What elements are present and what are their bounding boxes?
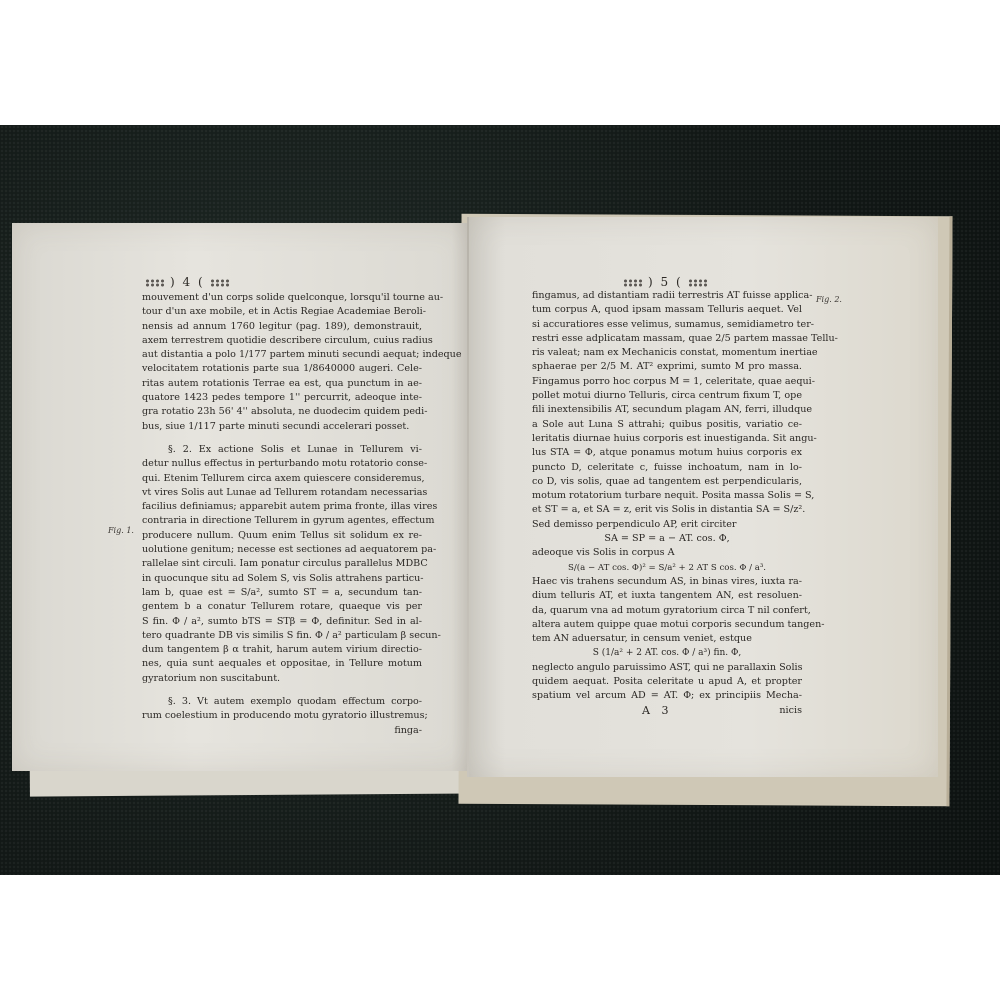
right-running-header: ) 5 (	[618, 275, 713, 289]
text-line: facilius definiamus; apparebit autem pri…	[142, 500, 422, 514]
left-catchword: finga-	[142, 724, 422, 738]
left-figure-reference: Fig. 1.	[108, 526, 134, 535]
text-line: ris valeat; nam ex Mechanicis constat, m…	[532, 346, 802, 360]
text-line: fingamus, ad distantiam radii terrestris…	[532, 289, 802, 303]
text-line: detur nullus effectus in perturbando mot…	[142, 457, 422, 471]
text-line: dium telluris AT, et iuxta tangentem AN,…	[532, 589, 802, 603]
text-line: altera autem quippe quae motui corporis …	[532, 618, 802, 632]
text-line: Fingamus porro hoc corpus M = 1, celerit…	[532, 375, 802, 389]
text-line: pollet motui diurno Telluris, circa cent…	[532, 389, 802, 403]
text-line: lus STA = Φ, atque ponamus motum huius c…	[532, 446, 802, 460]
right-paragraph-2: Haec vis trahens secundum AS, in binas v…	[532, 575, 802, 646]
text-line: leritatis diurnae huius corporis est inu…	[532, 432, 802, 446]
text-line: da, quarum vna ad motum gyratorium circa…	[532, 604, 802, 618]
ornament-icon	[210, 279, 230, 287]
text-line: gentem b a conatur Tellurem rotare, quae…	[142, 600, 422, 614]
equation-3: S (1/a² + 2 AT. cos. Φ / a³) fin. Φ,	[532, 646, 802, 660]
text-line: sphaerae per 2/5 M. AT² exprimi, sumto M…	[532, 360, 802, 374]
text-line: vt vires Solis aut Lunae ad Tellurem rot…	[142, 486, 422, 500]
text-line: producere nullum. Quum enim Tellus sit s…	[142, 529, 422, 543]
left-page: ) 4 ( mouvement d'un corps solide quelco…	[12, 223, 470, 771]
equation-2: S/(a − AT cos. Φ)² = S/a² + 2 AT S cos. …	[532, 561, 802, 575]
left-body-text: mouvement d'un corps solide quelconque, …	[142, 291, 422, 738]
text-line: rallelae sint circuli. Iam ponatur circu…	[142, 557, 422, 571]
text-line: tum corpus A, quod ipsam massam Telluris…	[532, 303, 802, 317]
text-line: mouvement d'un corps solide quelconque, …	[142, 291, 422, 305]
right-figure-reference: Fig. 2.	[816, 295, 842, 304]
text-line: si accuratiores esse velimus, sumamus, s…	[532, 318, 802, 332]
text-line: quatore 1423 pedes tempore 1'' percurrit…	[142, 391, 422, 405]
ornament-icon	[688, 279, 708, 287]
text-line: tem AN aduersatur, in censum veniet, est…	[532, 632, 802, 646]
text-line: a Sole aut Luna S attrahi; quibus positi…	[532, 418, 802, 432]
left-section-3: §. 3. Vt autem exemplo quodam effectum c…	[142, 695, 422, 724]
text-line: uolutione genitum; necesse est sectiones…	[142, 543, 422, 557]
text-line: puncto D, celeritate c, fuisse inchoatum…	[532, 461, 802, 475]
text-line: nensis ad annum 1760 legitur (pag. 189),…	[142, 320, 422, 334]
text-line: velocitatem rotationis parte sua 1/86400…	[142, 362, 422, 376]
text-line: gyratorium non suscitabunt.	[142, 672, 422, 686]
photograph: ) 4 ( mouvement d'un corps solide quelco…	[0, 125, 1000, 875]
text-line: in quocunque situ ad Solem S, vis Solis …	[142, 572, 422, 586]
ornament-icon	[145, 279, 165, 287]
equation-1: SA = SP = a − AT. cos. Φ,	[532, 532, 802, 546]
text-line: bus, siue 1/117 parte minuti secundi acc…	[142, 420, 422, 434]
left-page-number: ) 4 (	[170, 275, 205, 289]
right-page: ) 5 ( fingamus, ad distantiam radii terr…	[468, 217, 938, 777]
right-catchword: nicis	[779, 704, 802, 718]
left-paragraph-1: mouvement d'un corps solide quelconque, …	[142, 291, 422, 434]
text-line: et ST = a, et SA = z, erit vis Solis in …	[532, 503, 802, 517]
right-body-text: fingamus, ad distantiam radii terrestris…	[532, 289, 802, 718]
text-line: fili inextensibilis AT, secundum plagam …	[532, 403, 802, 417]
text-line: quidem aequat. Posita celeritate u apud …	[532, 675, 802, 689]
right-paragraph-1: fingamus, ad distantiam radii terrestris…	[532, 289, 802, 532]
text-line: ritas autem rotationis Terrae ea est, qu…	[142, 377, 422, 391]
ornament-icon	[623, 279, 643, 287]
text-line: aut distantia a polo 1/177 partem minuti…	[142, 348, 422, 362]
text-line: tour d'un axe mobile, et in Actis Regiae…	[142, 305, 422, 319]
text-line: nes, quia sunt aequales et oppositae, in…	[142, 657, 422, 671]
text-line: motum rotatorium turbare nequit. Posita …	[532, 489, 802, 503]
text-line: §. 2. Ex actione Solis et Lunae in Tellu…	[142, 443, 422, 457]
text-line: dum tangentem β α trahit, harum autem vi…	[142, 643, 422, 657]
text-line: Sed demisso perpendiculo AP, erit circit…	[532, 518, 802, 532]
text-line: contraria in directione Tellurem in gyru…	[142, 514, 422, 528]
right-page-number: ) 5 (	[648, 275, 683, 289]
text-line: §. 3. Vt autem exemplo quodam effectum c…	[142, 695, 422, 709]
text-line: co D, vis solis, quae ad tangentem est p…	[532, 475, 802, 489]
text-line: tero quadrante DB vis similis S fin. Φ /…	[142, 629, 422, 643]
right-paragraph-3: neglecto angulo paruissimo AST, qui ne p…	[532, 661, 802, 704]
left-running-header: ) 4 (	[140, 275, 235, 289]
text-line: gra rotatio 23h 56' 4'' absoluta, ne duo…	[142, 405, 422, 419]
text-line: spatium vel arcum AD = AT. Φ; ex princip…	[532, 689, 802, 703]
text-line: rum coelestium in producendo motu gyrato…	[142, 709, 422, 723]
text-line: qui. Etenim Tellurem circa axem quiescer…	[142, 472, 422, 486]
signature-mark: A 3	[642, 704, 672, 718]
text-line: neglecto angulo paruissimo AST, qui ne p…	[532, 661, 802, 675]
right-line-after-eq1: adeoque vis Solis in corpus A	[532, 546, 802, 560]
text-line: axem terrestrem quotidie describere circ…	[142, 334, 422, 348]
text-line: lam b, quae est = S/a², sumto ST = a, se…	[142, 586, 422, 600]
text-line: Haec vis trahens secundum AS, in binas v…	[532, 575, 802, 589]
left-section-2: §. 2. Ex actione Solis et Lunae in Tellu…	[142, 443, 422, 686]
text-line: restri esse adplicatam massam, quae 2/5 …	[532, 332, 802, 346]
text-line: S fin. Φ / a², sumto bTS = STβ = Φ, defi…	[142, 615, 422, 629]
book-spine	[467, 217, 469, 777]
